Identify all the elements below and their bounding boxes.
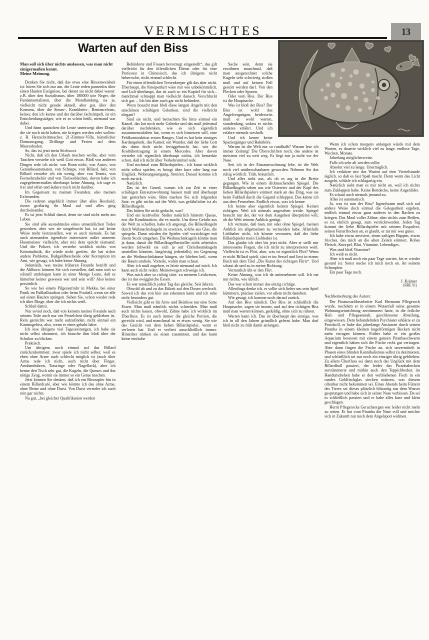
article-column-4: Wenn ich schon morgens anfangen würde mi… <box>325 62 421 640</box>
paragraph: Warum ist die Welt nur so rundhalb? Waru… <box>223 144 319 162</box>
article-body: Man soll sich über nichts auslassen, was… <box>20 62 420 640</box>
paragraph: Obwohl ab und zu das Etikett auf den Dos… <box>122 286 218 300</box>
column-2-paragraphs: Behinderte und Frauen bevorzugt eingeste… <box>122 62 218 341</box>
paragraph: Um übrigens noch einmal auf das Billard … <box>20 345 116 377</box>
paragraph: Behinderte und Frauen bevorzugt eingeste… <box>122 62 218 80</box>
paragraph: Aber ich muß zugeben, es hörte niemand a… <box>122 263 218 272</box>
paragraph: Und alles sieht aus, als ob es arg in di… <box>223 176 319 203</box>
author-signature-note: (BRE 91) <box>325 283 421 288</box>
column-3-paragraphs: Sache sein, denn sie erwähnen manchmal, … <box>223 62 319 328</box>
postscript-paragraphs: Der Finanzsachbearbeiter Karl Hermann Pf… <box>325 300 421 419</box>
paragraph: Und ein kraftvoller Stoßer natürlich hin… <box>122 213 218 263</box>
newspaper-page: VERMISCHTES 13 Warten auf den Biss <box>0 0 429 640</box>
paragraph: Vielleicht gibt es für Arm- und Beinlose… <box>122 300 218 341</box>
paragraph: Ich lese übrigens viel Tageszeitungen, i… <box>20 327 116 341</box>
paragraph: Warten kann ich. Das ist überhaupt das e… <box>223 314 319 328</box>
paragraph: Im Gegensatz zu meinen Freunden, also me… <box>20 190 116 199</box>
paragraph: Ich habe etwas anvisiert, einen saftigen… <box>325 234 421 248</box>
paragraph: Aber ich muß noch ein paar Tage warten, … <box>325 256 421 270</box>
column-4-paragraphs: Wenn ich schon morgens anfangen würde mi… <box>325 142 421 275</box>
article-title: Warten auf den Biss <box>18 43 248 55</box>
paragraph: Sind sie nicht, und betrachten Sie bitte… <box>122 117 218 163</box>
paragraph: Nur soviel noch, daß von keinem meiner F… <box>20 309 116 327</box>
paragraph: Nicht, daß ich den Urlaub machen wollte,… <box>20 153 116 190</box>
paragraph: Ich vermute, daß man, mit oder ohne Spie… <box>223 222 319 240</box>
paragraph: Ich verkürze mir das Warten auf eine Vie… <box>325 169 421 183</box>
illustration-text-wrap-spacer <box>273 62 319 141</box>
paragraph: Was mich aber so richtig stört: zu meine… <box>122 273 218 282</box>
paragraph: Herrn Pflegerocks Geruchsorgan war leide… <box>325 405 421 419</box>
paragraph: Seit ich in der Einraumwohnung lebe, ist… <box>223 163 319 177</box>
paragraph: Na gut, „bei gleicher Qualifikation werd… <box>20 396 116 401</box>
paragraph: Wozu braucht man bloß diese langen Angel… <box>122 103 218 117</box>
page-number-badge: 13 <box>391 23 421 41</box>
paragraph: Die redeten angeblich immer über alles B… <box>20 199 116 213</box>
paragraph: Ich kenne aber eigentlich keinen Spiegel… <box>223 204 319 222</box>
paragraph: Ja, was ist nun der Biss? Irgendwann muß… <box>325 202 421 234</box>
paragraph: Das glaube ich aber bis jetzt nicht. Abe… <box>223 241 319 268</box>
paragraph: Jedenfalls, was meine früheren Freunde b… <box>20 263 116 286</box>
paragraph: Das ist der Grund, warum ich zur Zeit in… <box>122 186 218 209</box>
article-column-2: Behinderte und Frauen bevorzugt eingeste… <box>122 62 218 640</box>
paragraph: Keine Ahnung, was ich da unternehmen sol… <box>223 273 319 282</box>
article-body-wrapper: Man soll sich über nichts auslassen, was… <box>20 62 420 640</box>
paragraph: Und nochmal zum Billardspielen... ich ka… <box>122 163 218 181</box>
paragraph: Für einen öffentlichen Tresenkeeper gilt… <box>122 80 218 103</box>
paragraph: So wie bei einem Pilgeraufruhr in Mekka,… <box>20 286 116 304</box>
paragraph: Ein paar Tage noch. <box>325 270 421 275</box>
paragraph: Jetzt können Sie denken, daß ich ein Bie… <box>20 377 116 395</box>
paragraph: Der Finanzsachbearbeiter Karl Hermann Pf… <box>325 300 421 405</box>
illustration-column-spacer <box>325 62 421 142</box>
paragraph: Natürlich sieht man es mir nicht an, wei… <box>325 183 421 192</box>
paragraph: Es ist jetzt Schluß damit, denn sie sind… <box>20 213 116 222</box>
paragraph: Allerdings denke ich, er sollte sich lie… <box>223 286 319 295</box>
paragraph: Denken Sie nicht, daß das etwa eine Bins… <box>20 80 116 126</box>
postscript-heading: Nachbemerkung des Autors: <box>325 294 421 299</box>
paragraph: Wenn ich schon morgens anfangen würde mi… <box>325 142 421 156</box>
article-intro-line-2: Meine Meinung. <box>20 72 116 77</box>
paragraph: Und dann quatschen die Leute unentwegt ü… <box>20 126 116 149</box>
column-1-paragraphs: Denken Sie nicht, daß das etwa eine Bins… <box>20 80 116 400</box>
paragraph: Auf den Biss nämlich. Der Biss ist schli… <box>223 300 319 314</box>
article-column-1: Man soll sich über nichts auslassen, was… <box>20 62 116 640</box>
paragraph: Sie sind alle ausnahmslos eines unnatürl… <box>20 222 116 263</box>
article-column-3: Sache sein, denn sie erwähnen manchmal, … <box>223 62 319 640</box>
